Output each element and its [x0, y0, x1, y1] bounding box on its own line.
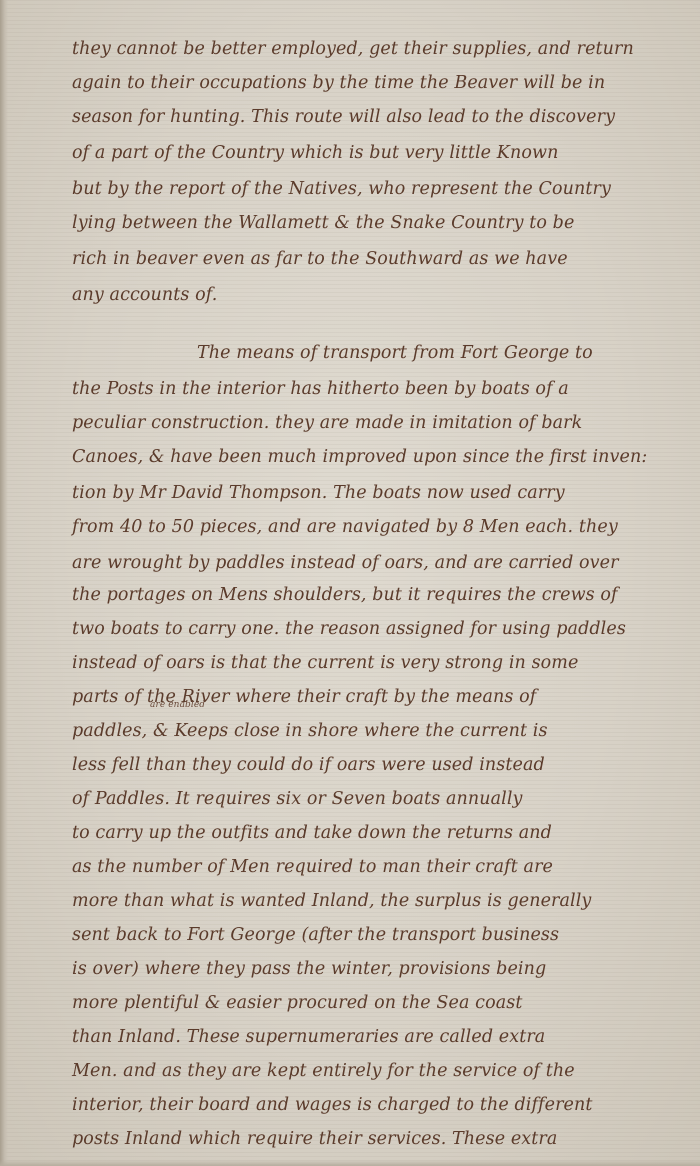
- page-bottom-edge: [0, 1160, 700, 1166]
- interlinear-insertion: are enabled: [150, 700, 205, 710]
- text-line: of a part of the Country which is but ve…: [72, 138, 558, 168]
- text-line: interior, their board and wages is charg…: [72, 1090, 593, 1120]
- manuscript-page: they cannot be better employed, get thei…: [0, 0, 700, 1166]
- binding-gutter: [0, 0, 8, 1166]
- text-line: sent back to Fort George (after the tran…: [72, 920, 559, 950]
- text-line: tion by Mr David Thompson. The boats now…: [72, 478, 565, 508]
- text-line: are wrought by paddles instead of oars, …: [72, 548, 619, 578]
- text-line: but by the report of the Natives, who re…: [72, 174, 611, 204]
- paragraph-start-line: The means of transport from Fort George …: [197, 338, 593, 368]
- text-line: any accounts of.: [72, 280, 217, 310]
- text-line: Men. and as they are kept entirely for t…: [72, 1056, 575, 1086]
- text-line: from 40 to 50 pieces, and are navigated …: [72, 512, 618, 542]
- text-line: rich in beaver even as far to the Southw…: [72, 244, 568, 274]
- text-line: more plentiful & easier procured on the …: [72, 988, 522, 1018]
- text-line: the portages on Mens shoulders, but it r…: [72, 580, 618, 610]
- text-line: more than what is wanted Inland, the sur…: [72, 886, 591, 916]
- text-line: again to their occupations by the time t…: [72, 68, 605, 98]
- text-line: of Paddles. It requires six or Seven boa…: [72, 784, 523, 814]
- text-line: is over) where they pass the winter, pro…: [72, 954, 546, 984]
- text-line: season for hunting. This route will also…: [72, 102, 615, 132]
- text-line: less fell than they could do if oars wer…: [72, 750, 545, 780]
- text-line: two boats to carry one. the reason assig…: [72, 614, 626, 644]
- text-line: instead of oars is that the current is v…: [72, 648, 578, 678]
- text-line: the Posts in the interior has hitherto b…: [72, 374, 569, 404]
- text-line: paddles, & Keeps close in shore where th…: [72, 716, 548, 746]
- text-line: lying between the Wallamett & the Snake …: [72, 208, 574, 238]
- text-line: to carry up the outfits and take down th…: [72, 818, 552, 848]
- text-line: as the number of Men required to man the…: [72, 852, 553, 882]
- text-line: posts Inland which require their service…: [72, 1124, 557, 1154]
- text-line: they cannot be better employed, get thei…: [72, 34, 634, 64]
- text-line: Canoes, & have been much improved upon s…: [72, 442, 647, 472]
- text-line: than Inland. These supernumeraries are c…: [72, 1022, 545, 1052]
- text-line: peculiar construction. they are made in …: [72, 408, 582, 438]
- text-line: parts of the River where their craft by …: [72, 682, 536, 712]
